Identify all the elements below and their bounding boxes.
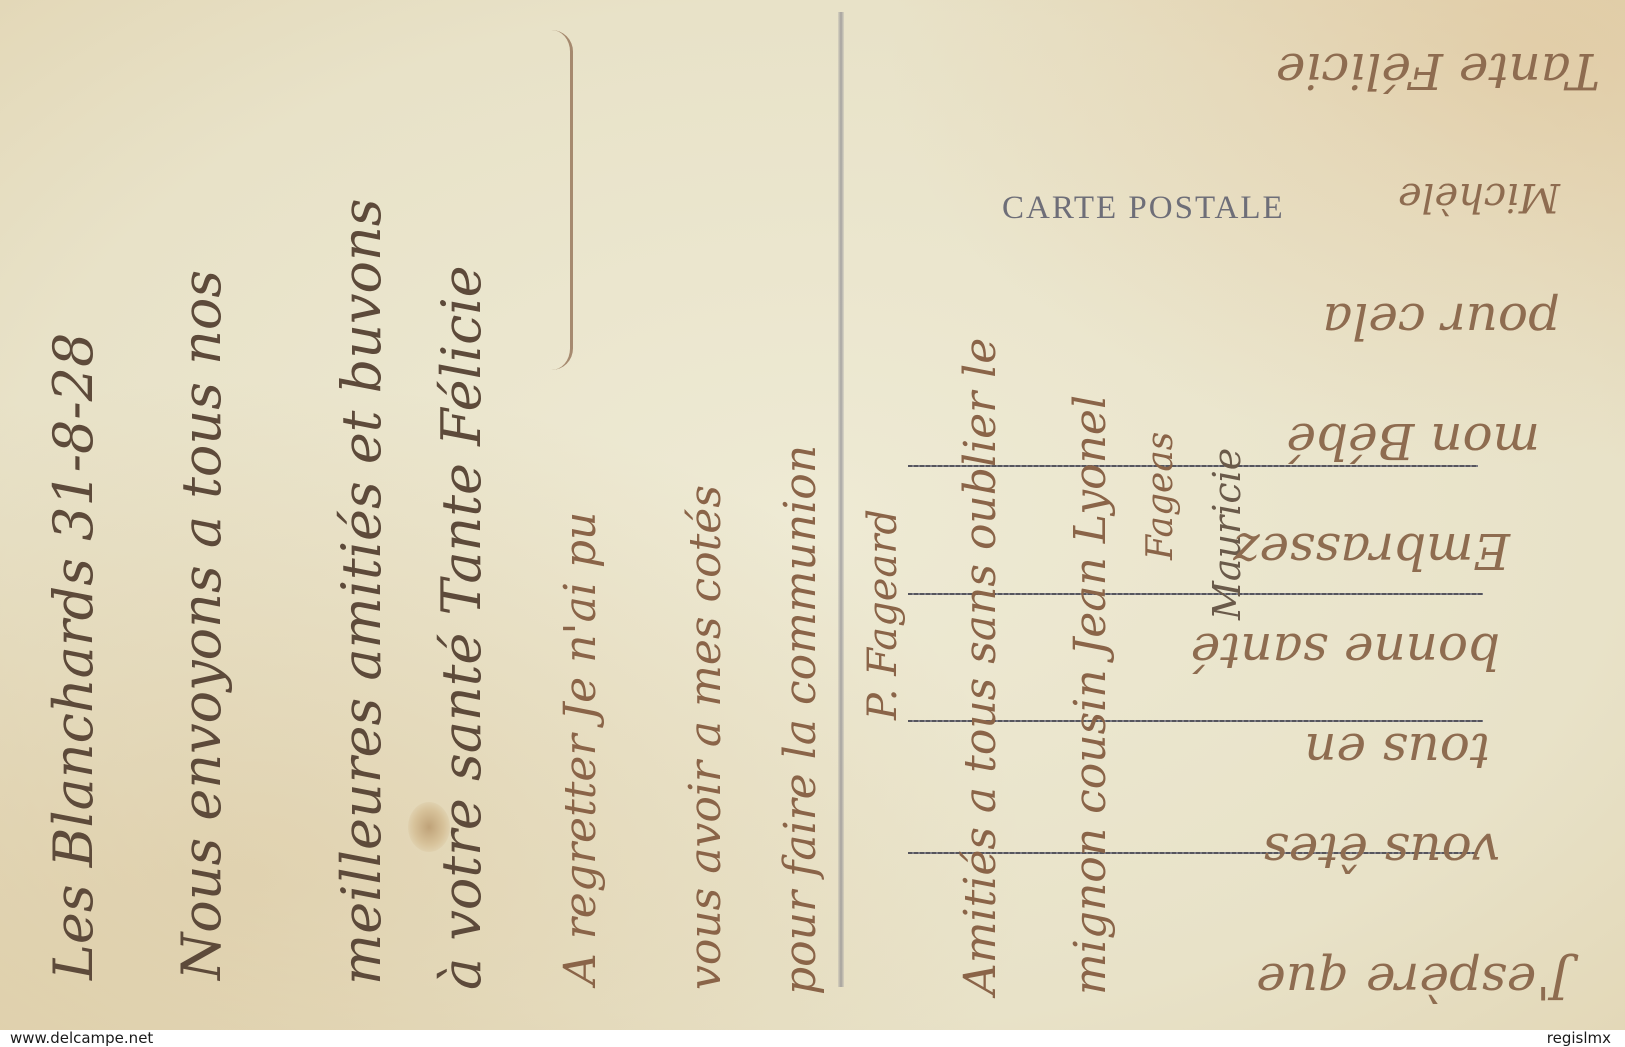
handwriting-line: J'espère que [1256, 952, 1570, 1010]
page: CARTE POSTALE Les Blanchards 31-8-28 Nou… [0, 0, 1625, 1047]
handwriting-line: mignon cousin Jean Lyonel [1065, 395, 1116, 995]
handwriting-line: pour cela [1323, 292, 1561, 350]
handwriting-line: A regretter Je n'ai pu [555, 512, 606, 985]
handwriting-line: vous êtes [1263, 822, 1500, 880]
handwriting-line: vous avoir a mes cotés [680, 485, 731, 990]
carte-postale-header: CARTE POSTALE [1002, 190, 1285, 227]
handwriting-line: Fageas [1140, 432, 1181, 560]
watermark-seller: regislmx [1547, 1029, 1611, 1047]
watermark-delcampe: www.delcampe.net [10, 1029, 153, 1047]
footer-bar [0, 1030, 1625, 1047]
handwriting-line: bonne santé [1191, 622, 1500, 680]
handwriting-line: meilleures amitiés et buvons [330, 198, 393, 985]
handwriting-line: Michèle [1398, 174, 1560, 220]
center-divider-line [838, 12, 844, 987]
handwriting-line: à votre santé Tante Félicie [430, 265, 493, 990]
postcard-back: CARTE POSTALE Les Blanchards 31-8-28 Nou… [0, 0, 1625, 1030]
handwriting-line: pour faire la communion [775, 445, 826, 995]
handwriting-line: Amitiés a tous sans oublier le [955, 338, 1006, 995]
handwriting-line: Embrassez [1233, 522, 1510, 580]
ink-flourish [530, 30, 573, 370]
handwriting-date-line: Les Blanchards 31-8-28 [42, 333, 105, 980]
handwriting-signature: Tante Félicie [1276, 42, 1600, 100]
handwriting-line: mon Bébé [1286, 412, 1540, 470]
handwriting-line: Nous envoyons a tous nos [170, 270, 233, 980]
handwriting-signature: P. Fageard [860, 509, 906, 720]
handwriting-line: tous en [1304, 722, 1490, 780]
